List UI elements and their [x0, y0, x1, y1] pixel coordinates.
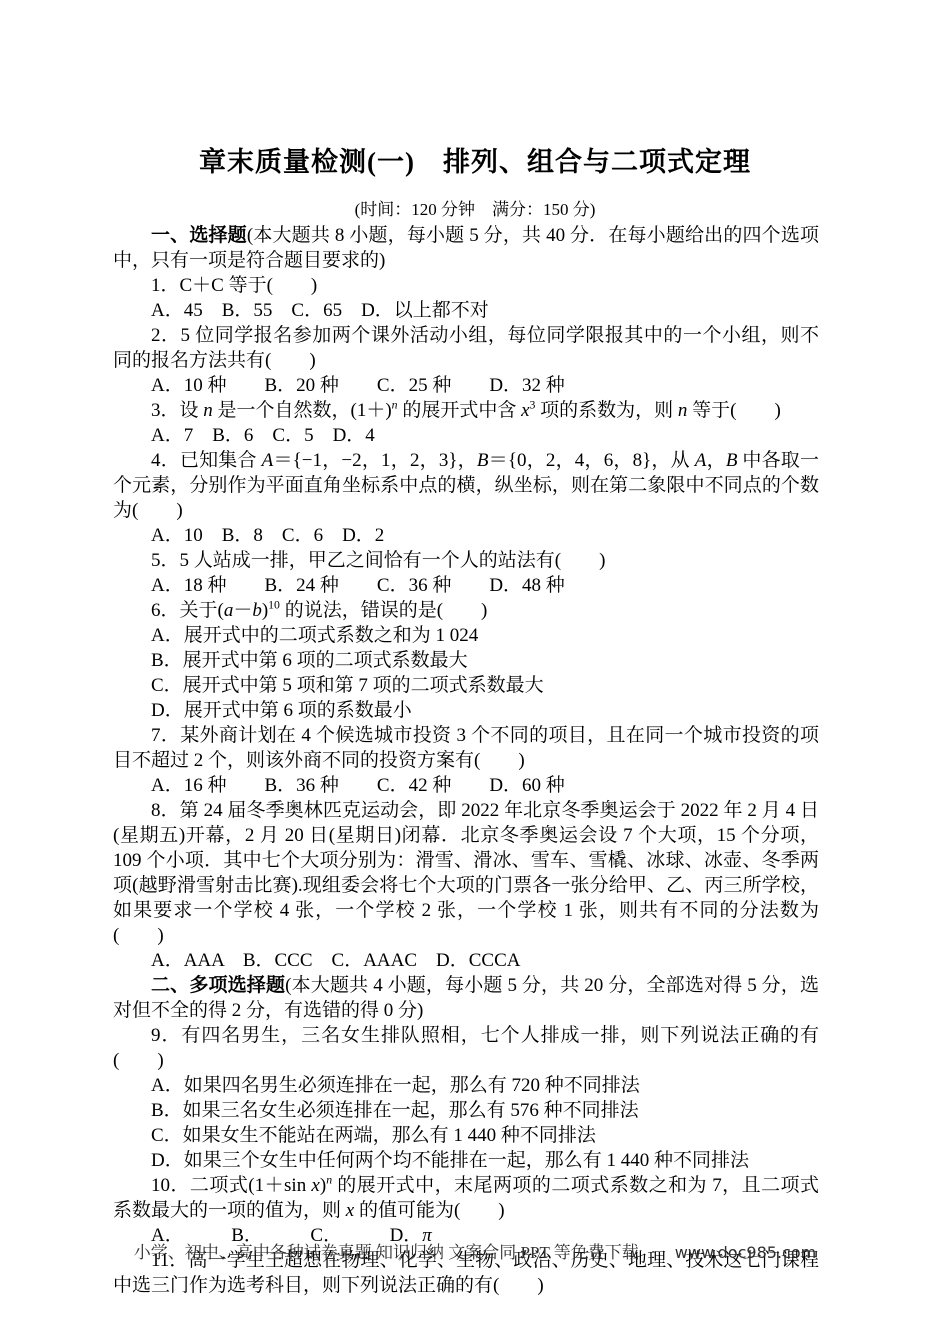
- question-options: A．16 种 B．36 种 C．42 种 D．60 种: [113, 773, 819, 798]
- question-stem: 3．设 n 是一个自然数，(1＋)n 的展开式中含 x3 项的系数为，则 n 等…: [113, 398, 819, 423]
- question-options: A．7 B．6 C．5 D．4: [113, 423, 819, 448]
- question-options: A．AAA B．CCC C．AAAC D．CCCA: [113, 948, 819, 973]
- question-stem: 4．已知集合 A＝{−1，−2，1，2，3}，B＝{0，2，4，6，8}，从 A…: [113, 448, 819, 523]
- section-heading-label: 二、多项选择题: [151, 975, 285, 996]
- section-heading: 二、多项选择题(本大题共 4 小题，每小题 5 分，共 20 分，全部选对得 5…: [113, 973, 819, 1023]
- question-stem: 6．关于(a－b)10 的说法，错误的是( ): [113, 598, 819, 623]
- question-stem: 8．第 24 届冬季奥林匹克运动会，即 2022 年北京冬季奥运会于 2022 …: [113, 798, 819, 948]
- question-options: A．18 种 B．24 种 C．36 种 D．48 种: [113, 573, 819, 598]
- question-stem: 7．某外商计划在 4 个候选城市投资 3 个不同的项目，且在同一个城市投资的项目…: [113, 723, 819, 773]
- question-options: B．展开式中第 6 项的二项式系数最大: [113, 648, 819, 673]
- question-options: C．展开式中第 5 项和第 7 项的二项式系数最大: [113, 673, 819, 698]
- question-options: A．如果四名男生必须连排在一起，那么有 720 种不同排法: [113, 1073, 819, 1098]
- question-options: B．如果三名女生必须连排在一起，那么有 576 种不同排法: [113, 1098, 819, 1123]
- question-stem: 9．有四名男生，三名女生排队照相，七个人排成一排，则下列说法正确的有( ): [113, 1023, 819, 1073]
- footer-promo: 小学、初中、高中各种试卷真题 知识归纳 文案合同 PPT 等免费下载: [134, 1243, 639, 1262]
- question-options: A．10 B．8 C．6 D．2: [113, 523, 819, 548]
- question-options: D．如果三个女生中任何两个均不能排在一起，那么有 1 440 种不同排法: [113, 1148, 819, 1173]
- section-heading: 一、选择题(本大题共 8 小题，每小题 5 分，共 40 分．在每小题给出的四个…: [113, 223, 819, 273]
- question-stem: 5．5 人站成一排，甲乙之间恰有一个人的站法有( ): [113, 548, 819, 573]
- exam-meta: (时间：120 分钟 满分：150 分): [0, 197, 950, 222]
- question-options: A．展开式中的二项式系数之和为 1 024: [113, 623, 819, 648]
- question-stem: 2．5 位同学报名参加两个课外活动小组，每位同学限报其中的一个小组，则不同的报名…: [113, 323, 819, 373]
- question-stem: 10．二项式(1＋sin x)n 的展开式中，末尾两项的二项式系数之和为 7，且…: [113, 1173, 819, 1223]
- question-options: C．如果女生不能站在两端，那么有 1 440 种不同排法: [113, 1123, 819, 1148]
- section-heading-label: 一、选择题: [151, 225, 247, 246]
- page-footer: 小学、初中、高中各种试卷真题 知识归纳 文案合同 PPT 等免费下载www.do…: [0, 1241, 950, 1265]
- question-options: A．10 种 B．20 种 C．25 种 D．32 种: [113, 373, 819, 398]
- question-options: D．展开式中第 6 项的系数最小: [113, 698, 819, 723]
- exam-body: 一、选择题(本大题共 8 小题，每小题 5 分，共 40 分．在每小题给出的四个…: [113, 223, 819, 1298]
- question-options: A．45 B．55 C．65 D．以上都不对: [113, 298, 819, 323]
- footer-site-url: www.doc985.com: [675, 1243, 816, 1262]
- exam-page: 章末质量检测(一) 排列、组合与二项式定理 (时间：120 分钟 满分：150 …: [0, 0, 950, 1344]
- question-stem: 1．C＋C 等于( ): [113, 273, 819, 298]
- page-title: 章末质量检测(一) 排列、组合与二项式定理: [0, 144, 950, 180]
